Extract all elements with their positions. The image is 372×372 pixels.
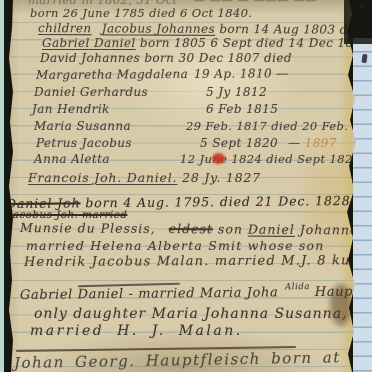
underlined-name: Daniel (248, 222, 295, 237)
line-jan-hendrik: Jan Hendrik 6 Feb 1815 (32, 102, 362, 116)
line-gabriel-married: Gabriel Daniel - married Maria Joha Alid… (20, 284, 372, 303)
handwriting-text: married Helena Alberta Smit whose son (26, 238, 325, 253)
date-text: 6 Feb 1815 (206, 102, 278, 116)
spouse-name: Munsie du Plessis, (20, 220, 156, 236)
handwriting-text: born 4 Aug. 1795. died 21 Dec. 1828. mar… (85, 192, 372, 210)
line-helena-smit: married Helena Alberta Smit whose son (26, 238, 325, 253)
line-children-jacobus: children Jacobus Johannes born 14 Aug 18… (38, 21, 368, 37)
line-gabriel-1805: Gabriel Daniel born 1805 6 Sept died 14 … (42, 36, 370, 50)
handwriting-text: Johan Georg. Hauptfleisch born at (14, 348, 341, 372)
child-name: Maria Susanna (34, 119, 131, 133)
line-born-1785: born 26 June 1785 died 6 Oct 1840. (30, 6, 252, 20)
line-maria-susanna: Maria Susanna 29 Feb. 1817 died 20 Feb. … (34, 119, 370, 133)
child-name: Francois Joh. Daniel. (28, 170, 177, 185)
date-text: 19 Ap. 1810 — (194, 66, 289, 81)
handwriting-text: Gabriel Daniel - married Maria Joha (20, 285, 278, 303)
child-name: Margaretha Magdalena (36, 67, 188, 82)
child-name: Petrus Jacobus (36, 136, 132, 150)
handwriting-text: David Johannes born 30 Dec 1807 died (40, 51, 292, 65)
line-daniel-gerhardus: Daniel Gerhardus 5 Jy 1812 (34, 85, 364, 99)
handwriting-text: born 26 June 1785 died 6 Oct 1840. (30, 6, 252, 20)
left-edge-sliver (0, 0, 4, 372)
blue-lined-page-behind (353, 38, 372, 372)
handwriting-text: Hendrik Jacobus Malan. married M.J. 8 ku… (24, 253, 371, 270)
inserted-name: Alida (285, 282, 310, 292)
line-married-malan: married H. J. Malan. (30, 323, 243, 339)
line-du-plessis: Munsie du Plessis, eldest son Daniel Joh… (20, 220, 371, 237)
handwriting-text: only daughter Maria Johanna Susanna, (34, 306, 348, 322)
date-text: 5 Jy 1812 (206, 85, 267, 99)
line-petrus-jacobus: Petrus Jacobus 5 Sept 1820— 1897 (36, 136, 366, 150)
late-death-year: 1897 (305, 136, 337, 150)
line-margaretha: Margaretha Magdalena 19 Ap. 1810 — (36, 66, 366, 82)
line-anna-aletta: Anna Aletta 12 June 1824 died Sept 1825. (34, 152, 370, 166)
date-text: 5 Sept 1820 (200, 136, 278, 150)
child-name: Jan Hendrik (32, 102, 110, 116)
register-page: married in 1802, 31 Oct — —— — ——— —— bo… (0, 0, 372, 372)
child-name: Anna Aletta (34, 152, 110, 166)
date-text: 5 Sept 1820— 1897 (200, 136, 337, 150)
line-francois: Francois Joh. Daniel. 28 Jy. 1827 (28, 170, 261, 185)
line-only-daughter: only daughter Maria Johanna Susanna, (34, 306, 348, 322)
line-david-1807: David Johannes born 30 Dec 1807 died (40, 51, 292, 65)
child-name: Daniel Gerhardus (34, 85, 148, 99)
date-text: 12 June 1824 died Sept 1825. (180, 152, 364, 166)
dark-corner-shadow (344, 0, 372, 44)
dash: — (288, 136, 300, 150)
photograph-of-register-page: married in 1802, 31 Oct — —— — ——— —— bo… (0, 0, 372, 372)
date-text: 28 Jy. 1827 (182, 170, 261, 185)
child-name: Gabriel Daniel (42, 36, 136, 50)
handwriting-text: married H. J. Malan. (30, 323, 243, 339)
date-text: 29 Feb. 1817 died 20 Feb. 1869. (186, 119, 372, 133)
handwriting-text: son (218, 221, 248, 236)
red-dot-mark (6, 5, 12, 11)
struck-word: eldest (169, 221, 213, 236)
handwriting-text: born 1805 6 Sept died 14 Dec 1893 (140, 36, 370, 50)
children-heading: children (38, 21, 92, 35)
child-name: Jacobus Johannes (102, 21, 215, 36)
line-hendrik-malan: Hendrik Jacobus Malan. married M.J. 8 ku… (24, 253, 371, 270)
line-johan-georg: Johan Georg. Hauptfleisch born at (14, 348, 341, 372)
red-blot-over-1824 (212, 153, 225, 164)
